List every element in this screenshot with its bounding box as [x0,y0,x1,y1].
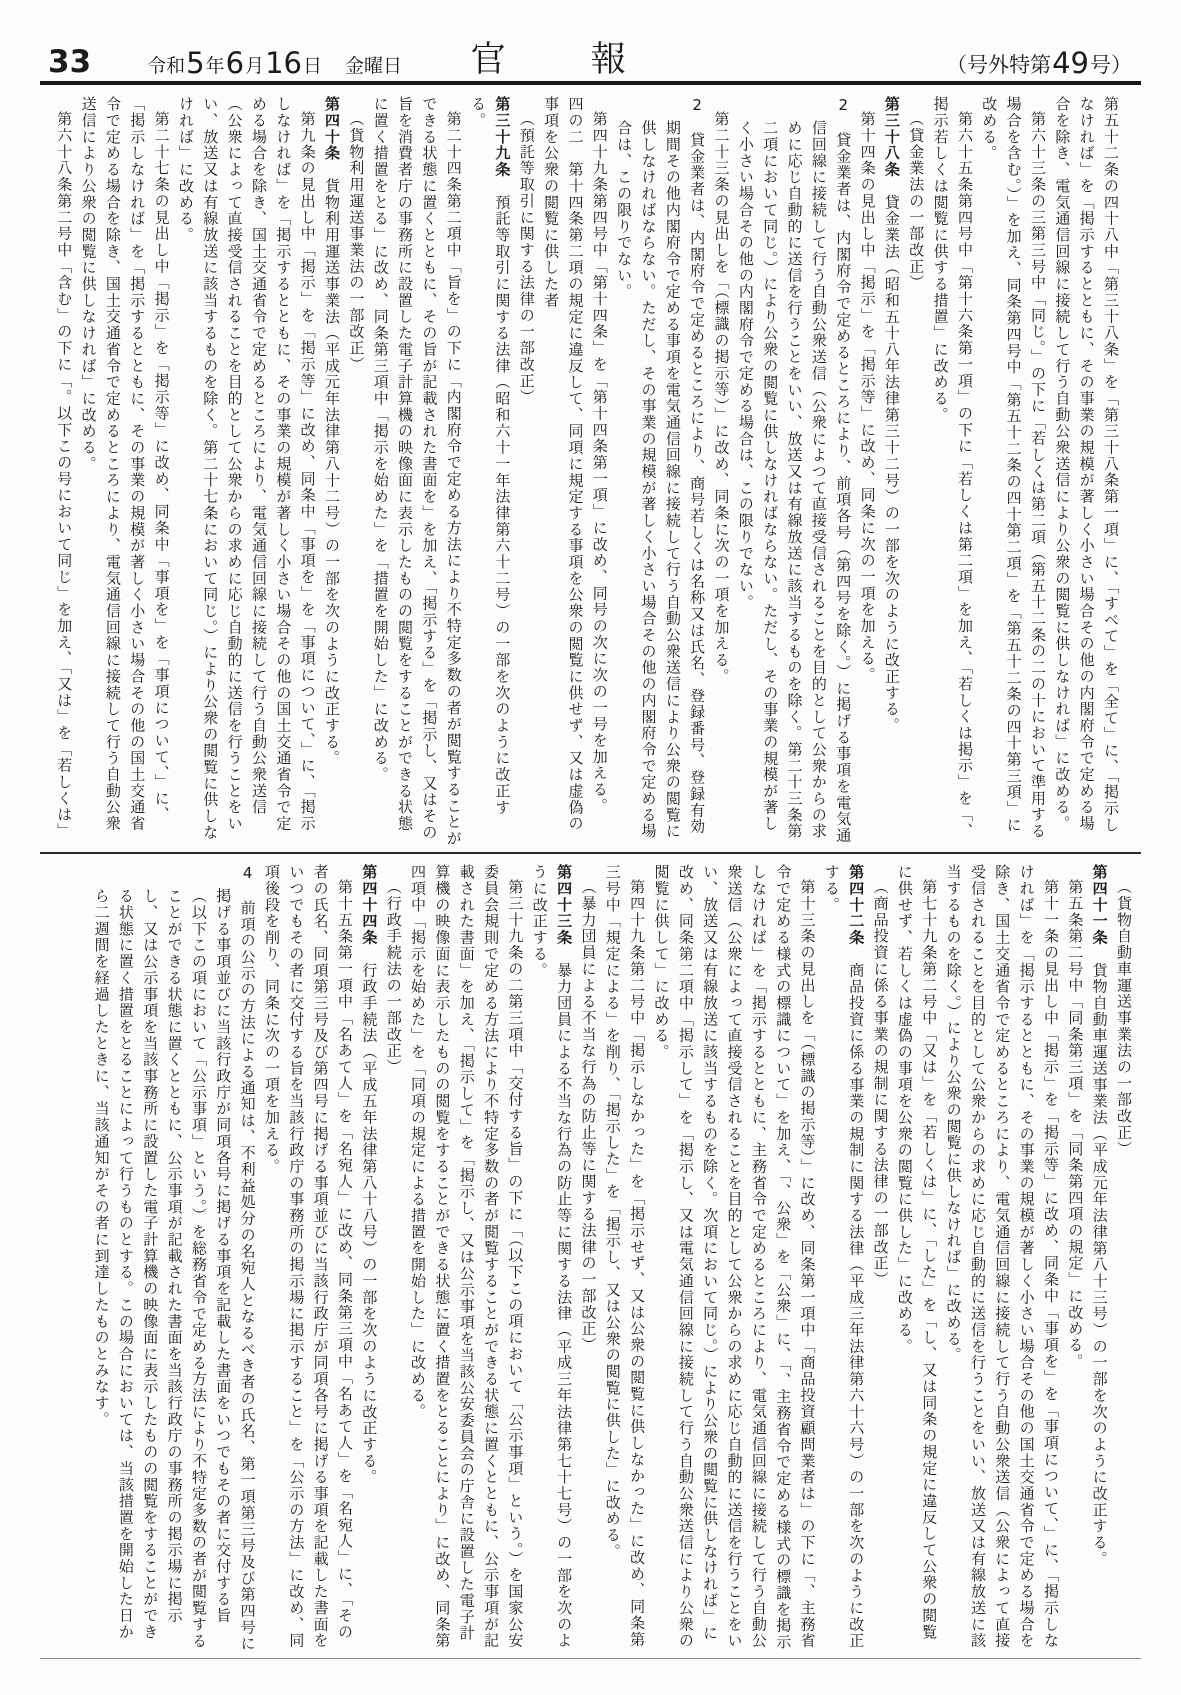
paragraph: 第九条の見出し中「掲示」を「掲示等」に改め、同条中「事項を」を「事項について、」… [174,96,320,848]
gazette-page: 33 令和5年6月16日 金曜日 官報 （号外特第49号） 第五十二条の四十八中… [0,0,1181,1695]
paragraph: 第四十三条 暴力団員による不当な行為の防止等に関する法律（平成三年法律第七十七号… [527,864,576,1656]
paragraph-text: 第九条の見出し中「掲示」を「掲示等」に改め、同条中「事項を」を「事項について、」… [177,96,317,841]
paragraph-text: 第十四条第二項の規定に違反して、同項に規定する事項を公衆の閲覧に供せず、又は虚偽… [542,96,584,832]
item-number: 4 [239,864,257,883]
paragraph-text: 商品投資に係る事業の規制に関する法律（平成三年法律第六十六号）の一部を次のように… [823,864,865,1649]
paragraph: 第二十七条の見出し中「掲示」を「掲示等」に改め、同条中「事項を」を「事項について… [76,96,173,848]
paragraph-text: 第六十八条第二号中「含む」の下に「。以下この号において同じ」を加え、「又は」を「… [55,96,73,841]
paragraph: 第七十九条第二号中「又は」を「若しくは」に、「した」を「し、又は同条の規定に違反… [893,864,942,1656]
paragraph-text: 第六十三条の三第三号中「同じ。」の下に「若しくは第二項（第五十二条の二の十におい… [980,96,1047,839]
publication-title: 官報 [470,43,710,78]
paragraph: （貨物利用運送事業法の一部改正） [344,96,368,848]
paragraph-text: 第四十九条第四号中「第十四条」を「第十四条第一項」に改め、同号の次に次の一号を加… [591,111,609,814]
paragraph-text: （貨物自動車運送事業法の一部改正） [1115,879,1133,1157]
paragraph: （預託等取引に関する法律の一部改正） [514,96,538,848]
paragraph: 第五十二条の四十八中「第三十八条」を「第三十八条第一項」に、「すべて」を「全て」… [1050,96,1123,848]
paragraph: 第六十五条第四号中「第十六条第一項」の下に「若しくは第二項」を加え、「若しくは掲… [928,96,977,848]
paragraph: 四の二 第十四条第二項の規定に違反して、同項に規定する事項を公衆の閲覧に供せず、… [539,96,588,848]
paragraph-text: 前項の公示の方法による通知は、不利益処分の名宛人となるべき者の氏名、第一項第三号… [93,888,257,1652]
item-number: 2 [834,96,852,115]
article-label: 第四十四条 [360,864,378,946]
page-bottom-rule [40,1658,1141,1659]
page-header: 33 令和5年6月16日 金曜日 官報 （号外特第49号） [48,30,1133,78]
paragraph: （商品投資に係る事業の規制に関する法律の一部改正） [868,864,892,1656]
paragraph-text: 貸金業者は、内閣府令で定めるところにより、前項各号（第四号を除く。）に掲げる事項… [737,120,852,844]
paragraph: 第十三条の見出しを「（標識の掲示等）」に改め、同条第一項中「商品投資顧問業者は」… [649,864,819,1656]
paragraph: （貨物自動車運送事業法の一部改正） [1112,864,1136,1656]
article-label: 第四十一条 [1091,864,1109,946]
article-label: 第三十九条 [493,96,511,178]
article-label: 第三十八条 [883,96,901,178]
paragraph: 2 貸金業者は、内閣府令で定めるところにより、前項各号（第四号を除く。）に掲げる… [734,96,856,848]
header-text: 令和 [146,57,186,78]
paragraph-text: （預託等取引に関する法律の一部改正） [518,111,536,405]
paragraph-text: 第二十三条の見出しを「（標識の掲示等）」に改め、同条に次の一項を加える。 [713,111,731,685]
paragraph: 第三十九条の二第三項中「交付する旨」の下に「（以下この項において「公示事項」とい… [406,864,528,1656]
paragraph-text: （暴力団員による不当な行為の防止等に関する法律の一部改正） [579,879,597,1353]
header-rule [40,81,1141,85]
paragraph-text: 第四十九条第二号中「掲示しなかった」を「掲示せず、又は公衆の閲覧に供しなかった」… [604,864,646,1647]
bottom-section: （貨物自動車運送事業法の一部改正）第四十一条 貨物自動車運送事業法（平成元年法律… [55,864,1136,1656]
paragraph: 第十一条の見出し中「掲示」を「掲示等」に改め、同条中「事項を」を「事項について、… [941,864,1063,1656]
header-numeral: 5 [186,49,204,78]
paragraph: 第五条第二号中「同条第三項」を「同条第四項の規定」に改める。 [1063,864,1087,1656]
paragraph: （暴力団員による不当な行為の防止等に関する法律の一部改正） [576,864,600,1656]
paragraph-text: 貸金業者は、内閣府令で定めるところにより、商号若しくは名称又は氏名、登録番号、登… [615,120,706,839]
paragraph-text: （貨物利用運送事業法の一部改正） [347,111,365,373]
paragraph: 第六十八条第二号中「含む」の下に「。以下この号において同じ」を加え、「又は」を「… [55,96,76,848]
paragraph: 第十四条の見出し中「掲示」を「掲示等」に改め、同条に次の一項を加える。 [855,96,879,848]
paragraph: 第四十二条 商品投資に係る事業の規制に関する法律（平成三年法律第六十六号）の一部… [820,864,869,1656]
item-number: 四の二 [566,96,584,145]
paragraph: （貸金業法の一部改正） [904,96,928,848]
paragraph: （行政手続法の一部改正） [381,864,405,1656]
paragraph-text: 貸金業法（昭和五十八年法律第三十二号）の一部を次のように改正する。 [883,194,901,734]
header-numeral: 16 [265,49,302,78]
paragraph-text: 第十四条の見出し中「掲示」を「掲示等」に改め、同条に次の一項を加える。 [859,111,877,683]
paragraph-text: （貸金業法の一部改正） [907,111,925,291]
paragraph: 第六十三条の三第三号中「同じ。」の下に「若しくは第二項（第五十二条の二の十におい… [977,96,1050,848]
issue-number: （号外特第49号） [945,49,1133,78]
header-text: 月 [244,57,265,78]
paragraph: 第四十条 貨物利用運送事業法（平成元年法律第八十二号）の一部を次のように改正する… [320,96,344,848]
paragraph: 第四十一条 貨物自動車運送事業法（平成元年法律第八十三号）の一部を次のように改正… [1087,864,1111,1656]
paragraph: 第三十九条 預託等取引に関する法律（昭和六十一年法律第六十二号）の一部を次のよう… [466,96,515,848]
paragraph-text: 第二十七条の見出し中「掲示」を「掲示等」に改め、同条中「事項を」を「事項について… [80,96,171,832]
article-label: 第四十二条 [847,864,865,946]
paragraph-text: 行政手続法（平成五年法律第八十八号）の一部を次のように改正する。 [360,962,378,1485]
page-number: 33 [48,47,91,78]
paragraph: 2 貸金業者は、内閣府令で定めるところにより、商号若しくは名称又は氏名、登録番号… [612,96,709,848]
paragraph-text: 第五条第二号中「同条第三項」を「同条第四項の規定」に改める。 [1066,879,1084,1370]
paragraph-text: 暴力団員による不当な行為の防止等に関する法律（平成三年法律第七十七号）の一部を次… [531,864,573,1649]
paragraph: 4 前項の公示の方法による通知は、不利益処分の名宛人となるべき者の氏名、第一項第… [89,864,259,1656]
item-number: 2 [688,96,706,115]
top-section: 第五十二条の四十八中「第三十八条」を「第三十八条第一項」に、「すべて」を「全て」… [55,96,1123,848]
header-text: 日 [302,57,323,78]
paragraph-text: 貨物利用運送事業法（平成元年法律第八十二号）の一部を次のように改正する。 [323,178,341,767]
paragraph: 第二十三条の見出しを「（標識の掲示等）」に改め、同条に次の一項を加える。 [709,96,733,848]
paragraph-text: 第六十五条第四号中「第十六条第一項」の下に「若しくは第二項」を加え、「若しくは掲… [932,96,974,839]
header-text: 号） [1089,55,1133,78]
paragraph-text: 第十三条の見出しを「（標識の掲示等）」に改め、同条第一項中「商品投資顧問業者は」… [652,864,816,1650]
weekday: 金曜日 [345,57,402,78]
paragraph: 第三十八条 貸金業法（昭和五十八年法律第三十二号）の一部を次のように改正する。 [880,96,904,848]
paragraph: 第十五条第一項中「名あて人」を「名宛人」に改め、同条第三項中「名あて人」を「名宛… [260,864,357,1656]
paragraph: 第四十九条第四号中「第十四条」を「第十四条第一項」に改め、同号の次に次の一号を加… [587,96,611,848]
paragraph-text: 第七十九条第二号中「又は」を「若しくは」に、「した」を「し、又は同条の規定に違反… [896,864,938,1640]
header-text: （号外特第 [945,55,1052,78]
header-numeral: 49 [1052,49,1089,78]
article-label: 第四十条 [323,96,341,161]
paragraph: 第四十四条 行政手続法（平成五年法律第八十八号）の一部を次のように改正する。 [357,864,381,1656]
issue-date: 令和5年6月16日 [146,49,323,78]
article-label: 第四十三条 [555,864,573,946]
header-text: 年 [205,57,226,78]
paragraph-text: 貨物自動車運送事業法（平成元年法律第八十三号）の一部を次のように改正する。 [1091,962,1109,1567]
paragraph-text: 第五十二条の四十八中「第三十八条」を「第三十八条第一項」に、「すべて」を「全て」… [1053,96,1120,833]
header-numeral: 6 [226,49,244,78]
paragraph-text: （行政手続法の一部改正） [385,879,403,1075]
paragraph-text: 第三十九条の二第三項中「交付する旨」の下に「（以下この項において「公示事項」とい… [409,864,524,1649]
paragraph-text: （商品投資に係る事業の規制に関する法律の一部改正） [872,879,890,1288]
paragraph-text: 第十一条の見出し中「掲示」を「掲示等」に改め、同条中「事項を」を「事項について、… [945,864,1060,1649]
paragraph-text: 預託等取引に関する法律（昭和六十一年法律第六十二号）の一部を次のように改正する。 [469,96,511,815]
paragraph-text: 第十五条第一項中「名あて人」を「名宛人」に改め、同条第三項中「名あて人」を「名宛… [263,864,354,1649]
paragraph: 第四十九条第二号中「掲示しなかった」を「掲示せず、又は公衆の閲覧に供しなかった」… [600,864,649,1656]
paragraph: 第二十四条第二項中「旨を」の下に「内閣府令で定める方法により不特定多数の者が閲覧… [368,96,465,848]
paragraph-text: 第二十四条第二項中「旨を」の下に「内閣府令で定める方法により不特定多数の者が閲覧… [372,96,463,847]
section-divider-rule [40,852,1141,854]
